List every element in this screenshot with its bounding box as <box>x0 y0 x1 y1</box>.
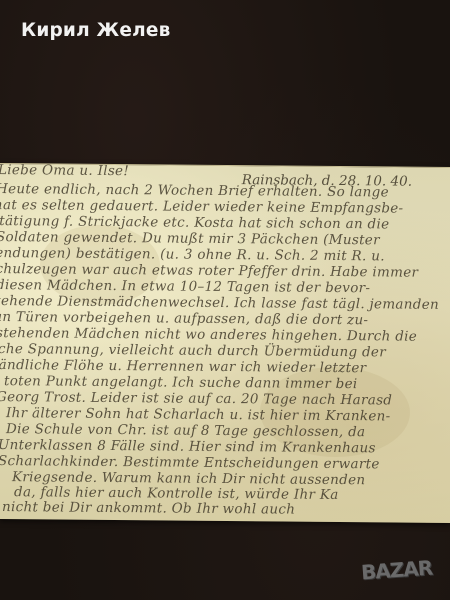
handwriting-line: Liebe Oma u. Ilse! <box>0 163 129 179</box>
bazar-watermark-logo: BAZAR <box>360 556 433 585</box>
seller-name: Кирил Желев <box>21 20 170 41</box>
handwritten-postcard: Rainsbach, d. 28. 10. 40. Liebe Oma u. I… <box>0 163 450 523</box>
handwriting-line: nicht bei Dir ankommt. Ob Ihr wohl auch <box>2 499 295 518</box>
